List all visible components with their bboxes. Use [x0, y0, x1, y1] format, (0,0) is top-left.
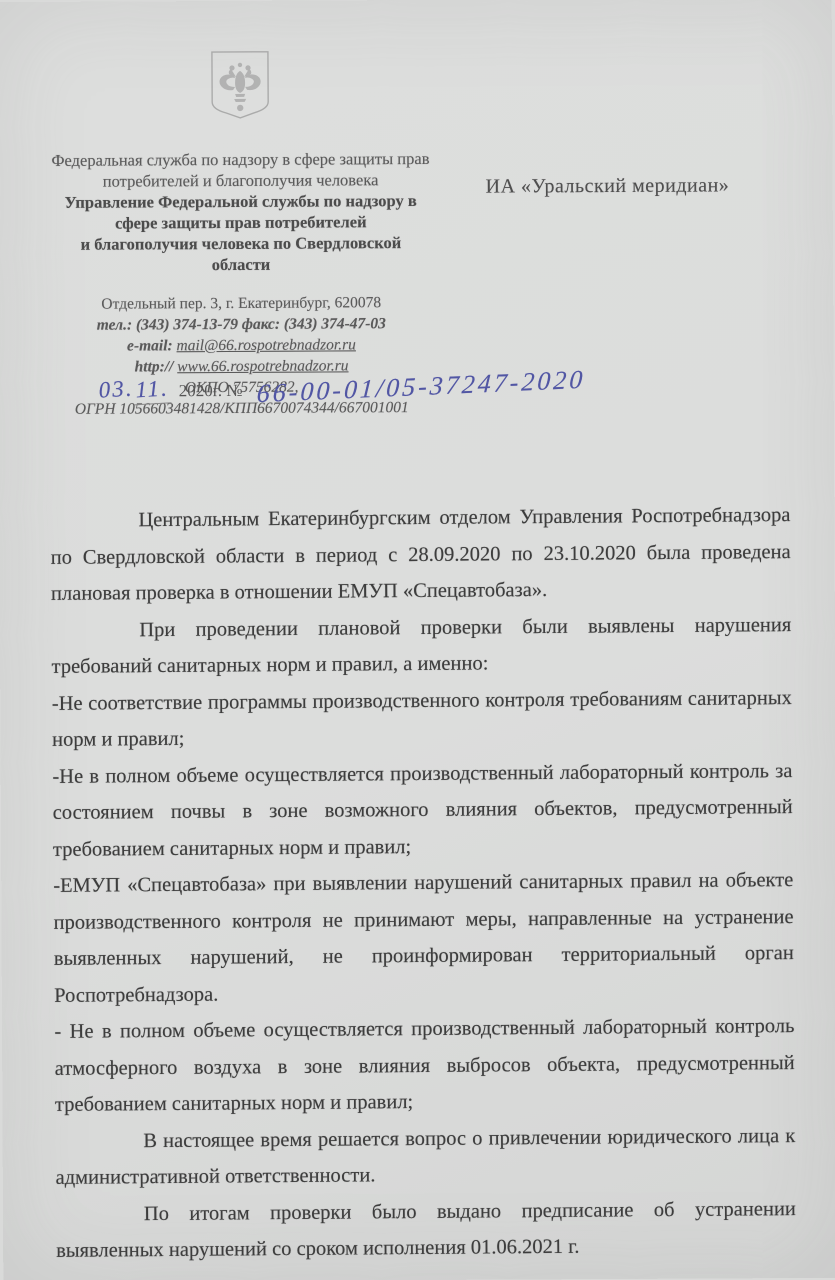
body-paragraph: - Не в полном объеме осуществляется прои…: [54, 1008, 795, 1123]
body-paragraph: -Не в полном объеме осуществляется произ…: [52, 753, 793, 868]
email-address: mail@66.rospotrebnadzor.ru: [176, 336, 355, 354]
org-name-line: потребителей и благополучия человека: [26, 169, 456, 192]
recipient: ИА «Уральский меридиан»: [486, 174, 796, 199]
org-name-line: сфере защиты прав потребителей: [26, 211, 456, 234]
org-name-line: и благополучия человека по Свердловской: [26, 232, 456, 255]
body-paragraph: В настоящее время решается вопрос о прив…: [55, 1118, 796, 1197]
coat-of-arms-icon: [208, 49, 272, 121]
address-line: Отдельный пер. 3, г. Екатеринбург, 62007…: [26, 292, 456, 315]
email-line: e-mail: mail@66.rospotrebnadzor.ru: [26, 334, 456, 357]
org-name-line: Управление Федеральной службы по надзору…: [26, 190, 456, 213]
body-paragraph: Центральным Екатеринбургским отделом Упр…: [50, 497, 791, 612]
date-number-line: 03.11. 2020г. № 66-00-01/05-37247-2020: [99, 370, 719, 404]
scanned-letter-page: Федеральная служба по надзору в сфере за…: [0, 0, 835, 1280]
handwritten-month: 11.: [133, 375, 172, 405]
org-name-line: Федеральная служба по надзору в сфере за…: [25, 148, 455, 171]
letter-body: Центральным Екатеринбургским отделом Упр…: [50, 497, 796, 1269]
body-paragraph: При проведении плановой проверки были вы…: [51, 607, 792, 686]
body-paragraph: По итогам проверки было выдано предписан…: [56, 1191, 797, 1270]
handwritten-day: 03.: [98, 376, 134, 404]
body-paragraph: -ЕМУП «Спецавтобаза» при выявлении наруш…: [53, 862, 794, 1014]
org-name: Федеральная служба по надзору в сфере за…: [25, 148, 456, 276]
printed-date: 2020г. №: [179, 381, 243, 400]
email-label: e-mail:: [127, 337, 177, 354]
letterhead: Федеральная служба по надзору в сфере за…: [25, 48, 457, 420]
org-name-line: области: [26, 253, 456, 276]
phone-fax-line: тел.: (343) 374-13-79 факс: (343) 374-47…: [26, 313, 456, 336]
body-paragraph: -Не соответствие программы производствен…: [52, 680, 793, 759]
